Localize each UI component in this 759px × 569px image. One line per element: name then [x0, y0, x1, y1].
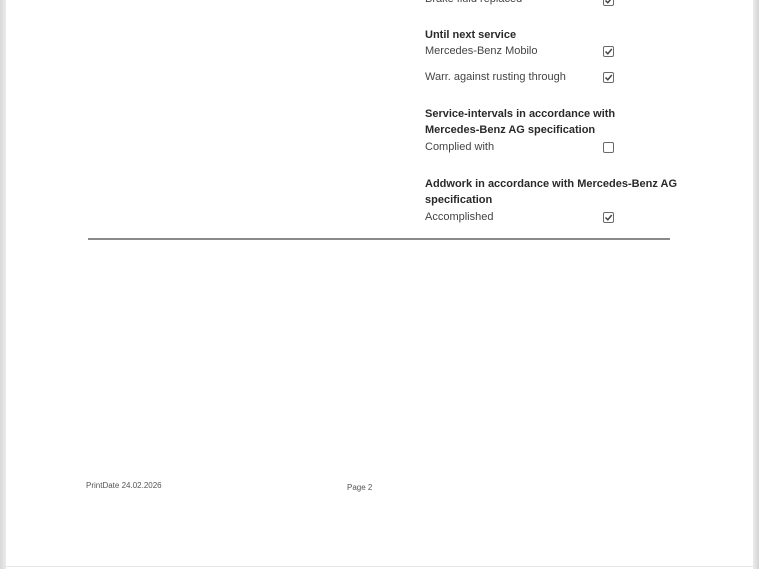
checklist-item-rust-warranty: Warr. against rusting through [425, 69, 625, 85]
checkbox-accomplished[interactable] [603, 212, 614, 223]
section-divider [88, 238, 670, 240]
checkbox-rust-warranty[interactable] [603, 72, 614, 83]
checklist-item-label: Mercedes-Benz Mobilo [425, 45, 625, 57]
section-heading-addwork: Addwork in accordance with Mercedes-Benz… [425, 176, 680, 208]
checklist-item-mobilo: Mercedes-Benz Mobilo [425, 43, 625, 59]
checkmark-icon [604, 47, 613, 56]
footer-page-number: Page 2 [347, 483, 372, 492]
checklist-item-accomplished: Accomplished [425, 209, 625, 225]
footer-print-date: PrintDate 24.02.2026 [86, 481, 162, 490]
checkmark-icon [604, 73, 613, 82]
checkbox-mobilo[interactable] [603, 46, 614, 57]
section-heading-until-next-service: Until next service [425, 27, 680, 43]
checklist-item-brake-fluid: Brake fluid replaced [425, 0, 625, 7]
checklist-item-label: Warr. against rusting through [425, 71, 625, 83]
checklist-item-complied: Complied with [425, 139, 625, 155]
checklist-item-label: Complied with [425, 141, 625, 153]
section-heading-service-intervals: Service-intervals in accordance with Mer… [425, 106, 640, 138]
checkbox-complied[interactable] [603, 142, 614, 153]
checkbox-brake-fluid[interactable] [603, 0, 614, 6]
checklist-item-label: Brake fluid replaced [425, 0, 625, 5]
checkmark-icon [604, 213, 613, 222]
checkmark-icon [604, 0, 613, 5]
viewer-right-edge [753, 0, 759, 569]
checklist-item-label: Accomplished [425, 211, 625, 223]
